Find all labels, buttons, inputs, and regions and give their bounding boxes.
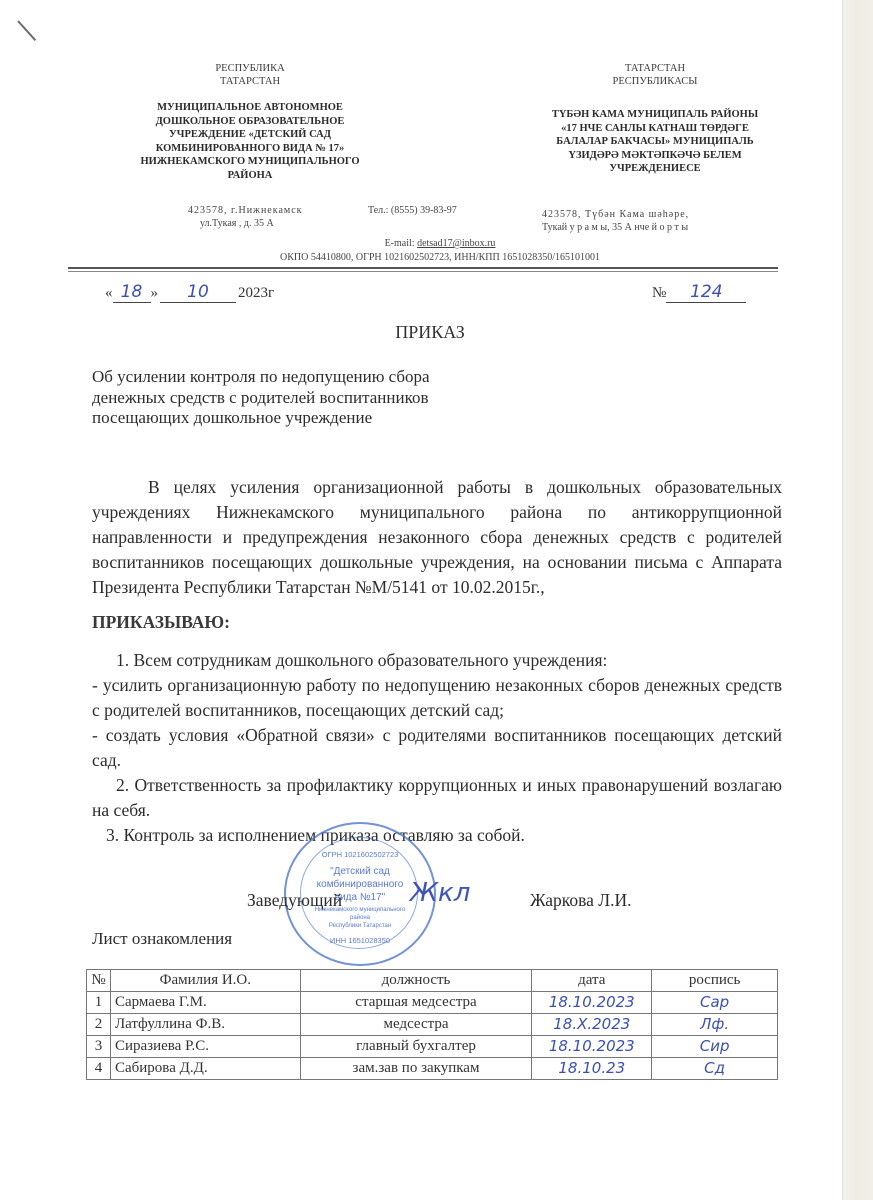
order-month: 10: [187, 282, 209, 302]
stamp-line: Республики Татарстан: [286, 923, 434, 929]
republic-line-1: РЕСПУБЛИКА: [120, 62, 380, 75]
signature-name: Жаркова Л.И.: [530, 888, 632, 913]
table-row: 3 Сиразиева Р.С. главный бухгалтер 18.10…: [87, 1036, 778, 1058]
acknowledgement-table: № Фамилия И.О. должность дата роспись 1 …: [86, 969, 778, 1080]
order-date: «18»102023г: [105, 282, 274, 303]
order-item: 2. Ответственность за профилактику корру…: [92, 773, 782, 823]
column-header: Фамилия И.О.: [110, 970, 300, 992]
table-row: 1 Сармаева Г.М. старшая медсестра 18.10.…: [87, 992, 778, 1014]
row-signature: Сд: [652, 1058, 778, 1080]
header-right-org-name: ТҮБӘН КАМА МУНИЦИПАЛЬ РАЙОНЫ «17 НЧЕ САН…: [520, 108, 790, 176]
org-line: НИЖНЕКАМСКОГО МУНИЦИПАЛЬНОГО: [120, 155, 380, 169]
org-line: МУНИЦИПАЛЬНОЕ АВТОНОМНОЕ: [120, 101, 380, 115]
row-number: 2: [87, 1014, 111, 1036]
quote-open: «: [105, 285, 113, 301]
table-row: 4 Сабирова Д.Д. зам.зав по закупкам 18.1…: [87, 1058, 778, 1080]
subject-line: денежных средств с родителей воспитанник…: [92, 388, 430, 409]
republic-line-1: ТАТАРСТАН: [520, 62, 790, 75]
header-right: ТАТАРСТАН РЕСПУБЛИКАСЫ ТҮБӘН КАМА МУНИЦИ…: [520, 62, 790, 176]
row-name: Латфуллина Ф.В.: [110, 1014, 300, 1036]
order-item: - усилить организационную работу по недо…: [92, 673, 782, 723]
stamp-line: района: [286, 915, 434, 921]
row-position: главный бухгалтер: [300, 1036, 532, 1058]
order-items: 1. Всем сотрудникам дошкольного образова…: [92, 648, 782, 848]
column-header: дата: [532, 970, 652, 992]
signature-handwritten: Жкл: [410, 878, 470, 908]
subject-line: Об усилении контроля по недопущению сбор…: [92, 367, 430, 388]
stamp-inn: ИНН 1651028350: [286, 936, 434, 945]
org-line: ДОШКОЛЬНОЕ ОБРАЗОВАТЕЛЬНОЕ: [120, 115, 380, 129]
row-number: 1: [87, 992, 111, 1014]
org-line: ТҮБӘН КАМА МУНИЦИПАЛЬ РАЙОНЫ: [520, 108, 790, 122]
page-title: ПРИКАЗ: [300, 322, 560, 343]
org-line: ҮЗИДӘРӘ МӘКТӘПКӘЧӘ БЕЛЕМ: [520, 149, 790, 163]
row-position: медсестра: [300, 1014, 532, 1036]
row-signature: Лф.: [652, 1014, 778, 1036]
header-left-address: 423578, г.Нижнекамск ул.Тукая , д. 35 А: [188, 204, 303, 230]
row-name: Сиразиева Р.С.: [110, 1036, 300, 1058]
header-right-address: 423578, Түбән Кама шәһәре, Тукай у р а м…: [542, 208, 689, 234]
org-line: УЧРЕЖДЕНИЕСЕ: [520, 162, 790, 176]
email-link[interactable]: detsad17@inbox.ru: [417, 238, 495, 249]
org-line: БАЛАЛАР БАКЧАСЫ» МУНИЦИПАЛЬ: [520, 135, 790, 149]
address-line: Тукай у р а м ы, 35 А нче й о р т ы: [542, 221, 689, 234]
acknowledgement-title: Лист ознакомления: [92, 926, 232, 951]
order-number: №124: [652, 282, 746, 303]
table-header-row: № Фамилия И.О. должность дата роспись: [87, 970, 778, 992]
header-left: РЕСПУБЛИКА ТАТАРСТАН МУНИЦИПАЛЬНОЕ АВТОН…: [120, 62, 380, 182]
address-line: 423578, Түбән Кама шәһәре,: [542, 208, 689, 221]
order-day: 18: [121, 282, 143, 302]
order-heading: ПРИКАЗЫВАЮ:: [92, 610, 230, 635]
column-header: роспись: [652, 970, 778, 992]
row-position: зам.зав по закупкам: [300, 1058, 532, 1080]
header-email: E-mail: detsad17@inbox.ru: [250, 237, 630, 250]
org-line: КОМБИНИРОВАННОГО ВИДА № 17»: [120, 142, 380, 156]
quote-close: »: [151, 285, 159, 301]
order-subject: Об усилении контроля по недопущению сбор…: [92, 367, 430, 429]
republic-line-2: ТАТАРСТАН: [120, 75, 380, 88]
row-name: Сармаева Г.М.: [110, 992, 300, 1014]
org-line: РАЙОНА: [120, 169, 380, 183]
order-item: 1. Всем сотрудникам дошкольного образова…: [92, 648, 782, 673]
header-left-org-name: МУНИЦИПАЛЬНОЕ АВТОНОМНОЕ ДОШКОЛЬНОЕ ОБРА…: [120, 101, 380, 182]
header-right-republic: ТАТАРСТАН РЕСПУБЛИКАСЫ: [520, 62, 790, 88]
republic-line-2: РЕСПУБЛИКАСЫ: [520, 75, 790, 88]
order-year: 2023г: [238, 285, 274, 301]
email-label: E-mail:: [385, 238, 418, 249]
preamble: В целях усиления организационной работы …: [92, 475, 782, 600]
header-divider: [68, 267, 778, 269]
row-name: Сабирова Д.Д.: [110, 1058, 300, 1080]
order-item: - создать условия «Обратной связи» с род…: [92, 723, 782, 773]
table-row: 2 Латфуллина Ф.В. медсестра 18.X.2023 Лф…: [87, 1014, 778, 1036]
header-phone: Тел.: (8555) 39-83-97: [368, 204, 457, 217]
row-date: 18.X.2023: [532, 1014, 652, 1036]
subject-line: посещающих дошкольное учреждение: [92, 408, 430, 429]
column-header: №: [87, 970, 111, 992]
header-left-republic: РЕСПУБЛИКА ТАТАРСТАН: [120, 62, 380, 88]
org-line: «17 НЧЕ САНЛЫ КАТНАШ ТӨРДӘГЕ: [520, 122, 790, 136]
row-number: 3: [87, 1036, 111, 1058]
stamp-line: "Детский сад: [286, 866, 434, 877]
row-signature: Сир: [652, 1036, 778, 1058]
number-value: 124: [690, 282, 722, 302]
column-header: должность: [300, 970, 532, 992]
address-line: ул.Тукая , д. 35 А: [188, 217, 303, 230]
address-line: 423578, г.Нижнекамск: [188, 204, 303, 217]
signature-position: Заведующий: [247, 888, 342, 913]
scan-mark: [17, 20, 36, 41]
header-registry: ОКПО 54410800, ОГРН 1021602502723, ИНН/К…: [150, 251, 730, 264]
order-item: 3. Контроль за исполнением приказа остав…: [92, 823, 782, 848]
row-date: 18.10.23: [532, 1058, 652, 1080]
header-divider-thin: [68, 271, 778, 272]
row-date: 18.10.2023: [532, 1036, 652, 1058]
number-label: №: [652, 285, 666, 301]
scan-edge-strip: [842, 0, 873, 1200]
row-signature: Сар: [652, 992, 778, 1014]
stamp-ogrn: ОГРН 1021602502723: [286, 850, 434, 859]
org-line: УЧРЕЖДЕНИЕ «ДЕТСКИЙ САД: [120, 128, 380, 142]
row-number: 4: [87, 1058, 111, 1080]
row-position: старшая медсестра: [300, 992, 532, 1014]
row-date: 18.10.2023: [532, 992, 652, 1014]
